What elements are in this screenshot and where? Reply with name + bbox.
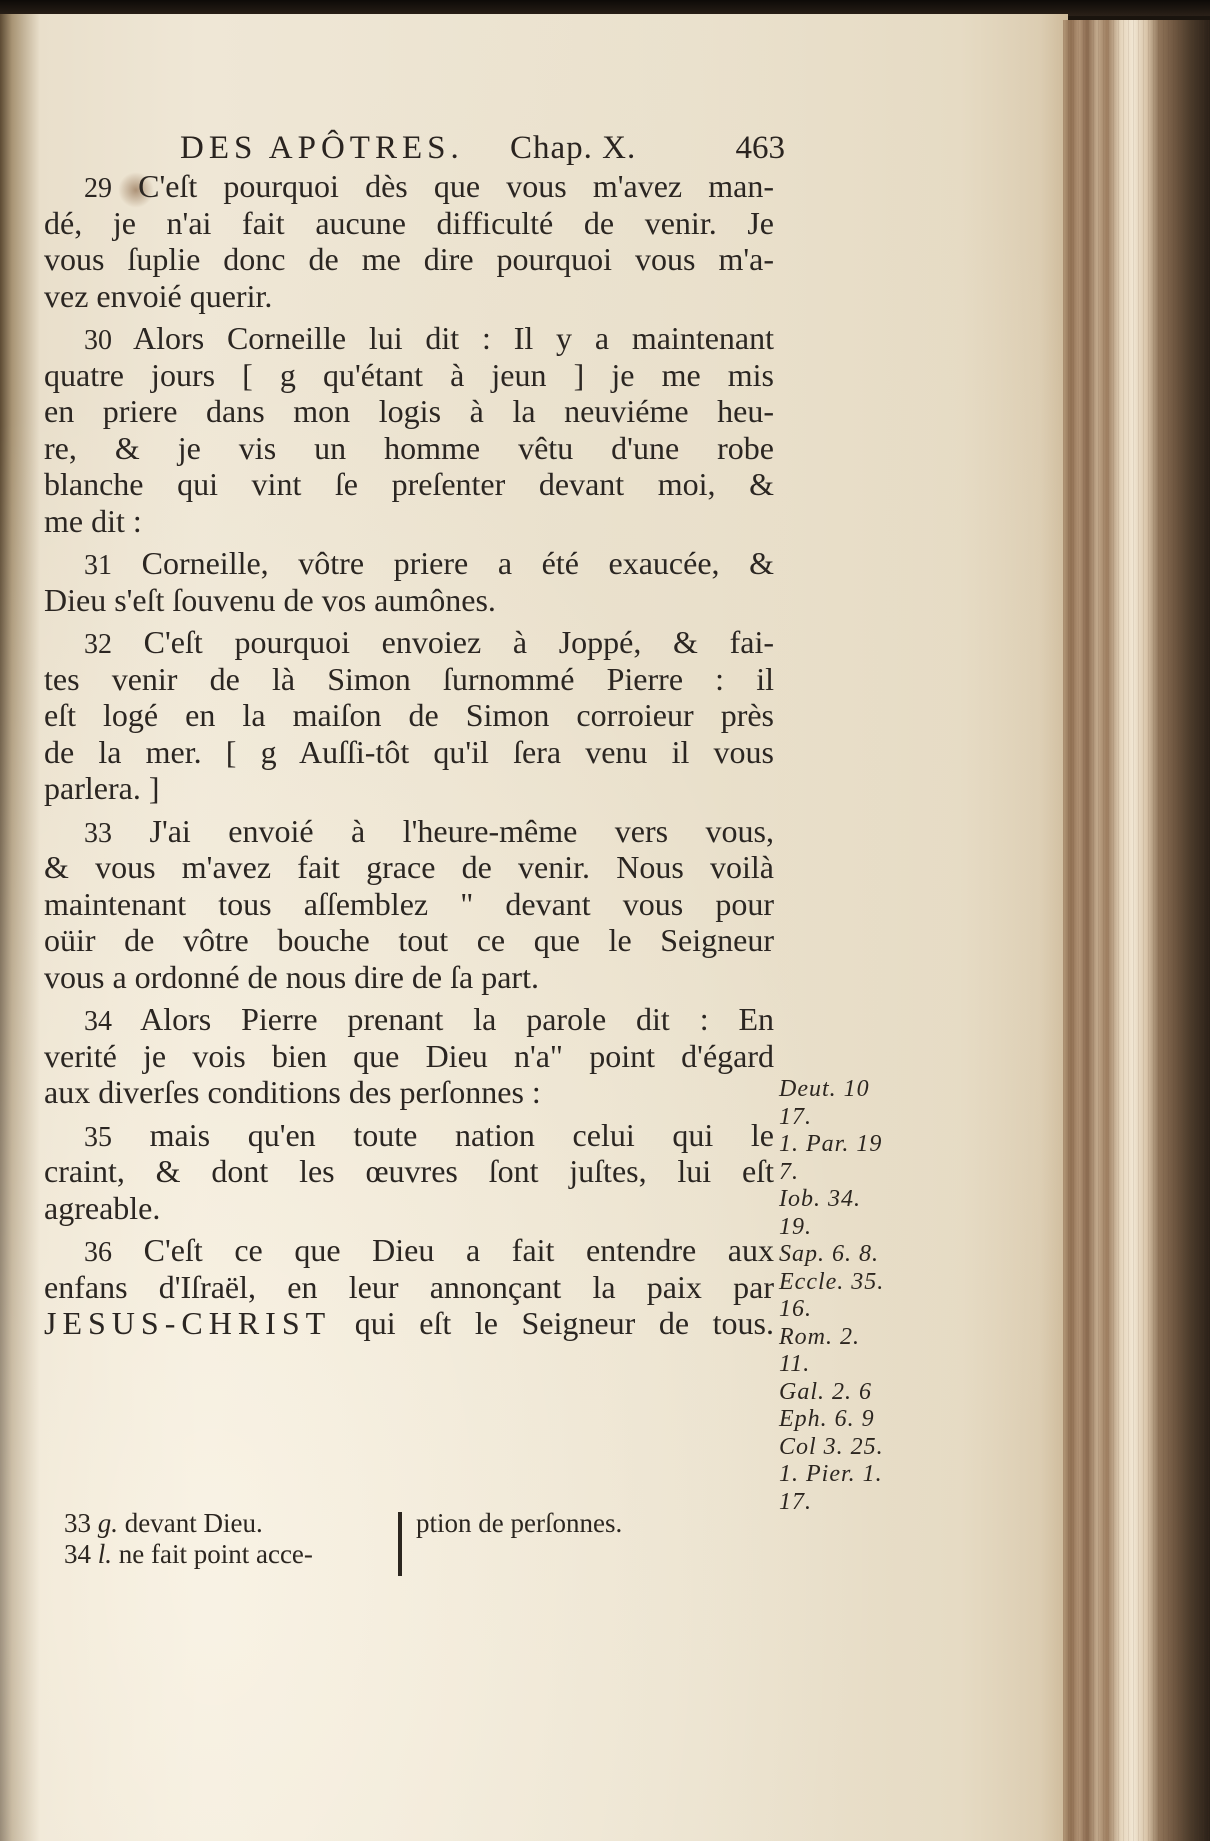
text-line: de la mer. [ g Auſſi-tôt qu'il ſera venu…	[44, 734, 774, 771]
body-text: 29 C'eſt pourquoi dès que vous m'avez ma…	[44, 168, 774, 1342]
text-line: 31 Corneille, vôtre priere a été exaucée…	[44, 545, 774, 582]
running-head-chapter: Chap. X.	[510, 130, 636, 167]
page-number: 463	[736, 130, 786, 167]
text-line: 35 mais qu'en toute nation celui qui le	[44, 1117, 774, 1154]
verse-29: 29 C'eſt pourquoi dès que vous m'avez ma…	[44, 168, 774, 314]
verse-35: 35 mais qu'en toute nation celui qui le …	[44, 1117, 774, 1227]
margin-ref: Iob. 34.	[779, 1186, 919, 1214]
text-line: re, & je vis un homme vêtu d'une robe	[44, 430, 774, 467]
verse-number: 35	[84, 1122, 112, 1153]
margin-ref: Sap. 6. 8.	[779, 1241, 919, 1269]
verse-36: 36 C'eſt ce que Dieu a fait entendre aux…	[44, 1232, 774, 1342]
text-line: maintenant tous aſſemblez " devant vous …	[44, 886, 774, 923]
verse-33: 33 J'ai envoié à l'heure-même vers vous,…	[44, 813, 774, 996]
margin-ref: 11.	[779, 1351, 919, 1379]
verse-30: 30 Alors Corneille lui dit : Il y a main…	[44, 320, 774, 539]
margin-references: Deut. 10 17. 1. Par. 19 7. Iob. 34. 19. …	[779, 1076, 919, 1516]
text-line: dé, je n'ai fait aucune difficulté de ve…	[44, 205, 774, 242]
margin-ref: 19.	[779, 1214, 919, 1242]
text-line: agreable.	[44, 1190, 774, 1227]
text-line: & vous m'avez fait grace de venir. Nous …	[44, 849, 774, 886]
text-line: oüir de vôtre bouche tout ce que le Seig…	[44, 922, 774, 959]
margin-ref: 7.	[779, 1159, 919, 1187]
verse-31: 31 Corneille, vôtre priere a été exaucée…	[44, 545, 774, 618]
page-fore-edge	[1063, 20, 1210, 1841]
footnote-column-divider	[398, 1512, 402, 1576]
margin-ref: 1. Par. 19	[779, 1131, 919, 1159]
text-line: blanche qui vint ſe preſenter devant moi…	[44, 466, 774, 503]
verse-32: 32 C'eſt pourquoi envoiez à Joppé, & fai…	[44, 624, 774, 807]
text-line: 36 C'eſt ce que Dieu a fait entendre aux	[44, 1232, 774, 1269]
text-line: JESUS-CHRIST qui eſt le Seigneur de tous…	[44, 1305, 774, 1342]
verse-number: 30	[84, 325, 112, 356]
footnotes-left-column: 33 g. devant Dieu. 34 l. ne fait point a…	[64, 1508, 313, 1570]
margin-ref: 1. Pier. 1.	[779, 1461, 919, 1489]
small-caps-name: JESUS-CHRIST	[44, 1305, 331, 1341]
verse-number: 32	[84, 629, 112, 660]
text-line: aux diverſes conditions des perſonnes :	[44, 1074, 774, 1111]
verse-number: 29	[84, 173, 112, 204]
text-line: vez envoié querir.	[44, 278, 774, 315]
text-line: vous a ordonné de nous dire de ſa part.	[44, 959, 774, 996]
margin-ref: 16.	[779, 1296, 919, 1324]
text-line: eſt logé en la maiſon de Simon corroieur…	[44, 697, 774, 734]
text-line: me dit :	[44, 503, 774, 540]
text-line: 33 J'ai envoié à l'heure-même vers vous,	[44, 813, 774, 850]
footnote: 34 l. ne fait point acce-	[64, 1539, 313, 1570]
text-line: en priere dans mon logis à la neuviéme h…	[44, 393, 774, 430]
margin-ref: 17.	[779, 1104, 919, 1132]
running-head-title: DES APÔTRES.	[180, 130, 464, 167]
text-line: 30 Alors Corneille lui dit : Il y a main…	[44, 320, 774, 357]
margin-ref: 17.	[779, 1489, 919, 1517]
text-line: vous ſuplie donc de me dire pourquoi vou…	[44, 241, 774, 278]
text-line: Dieu s'eſt ſouvenu de vos aumônes.	[44, 582, 774, 619]
text-line: parlera. ]	[44, 770, 774, 807]
verse-number: 33	[84, 818, 112, 849]
text-line: tes venir de là Simon ſurnommé Pierre : …	[44, 661, 774, 698]
text-line: 32 C'eſt pourquoi envoiez à Joppé, & fai…	[44, 624, 774, 661]
footnotes: 33 g. devant Dieu. 34 l. ne fait point a…	[64, 1508, 744, 1578]
text-line: 29 C'eſt pourquoi dès que vous m'avez ma…	[44, 168, 774, 205]
verse-34: 34 Alors Pierre prenant la parole dit : …	[44, 1001, 774, 1111]
margin-ref: Eph. 6. 9	[779, 1406, 919, 1434]
margin-ref: Deut. 10	[779, 1076, 919, 1104]
text-line: enfans d'Iſraël, en leur annonçant la pa…	[44, 1269, 774, 1306]
margin-ref: Gal. 2. 6	[779, 1379, 919, 1407]
footnote-continuation: ption de perſonnes.	[416, 1508, 622, 1539]
margin-ref: Col 3. 25.	[779, 1434, 919, 1462]
footnote: 33 g. devant Dieu.	[64, 1508, 313, 1539]
verse-number: 34	[84, 1006, 112, 1037]
text-line: verité je vois bien que Dieu n'a" point …	[44, 1038, 774, 1075]
text-line: craint, & dont les œuvres ſont juſtes, l…	[44, 1153, 774, 1190]
verse-number: 31	[84, 550, 112, 581]
margin-ref: Eccle. 35.	[779, 1269, 919, 1297]
text-line: quatre jours [ g qu'étant à jeun ] je me…	[44, 357, 774, 394]
footnotes-right-column: ption de perſonnes.	[416, 1508, 622, 1539]
margin-ref: Rom. 2.	[779, 1324, 919, 1352]
text-line: 34 Alors Pierre prenant la parole dit : …	[44, 1001, 774, 1038]
verse-number: 36	[84, 1237, 112, 1268]
